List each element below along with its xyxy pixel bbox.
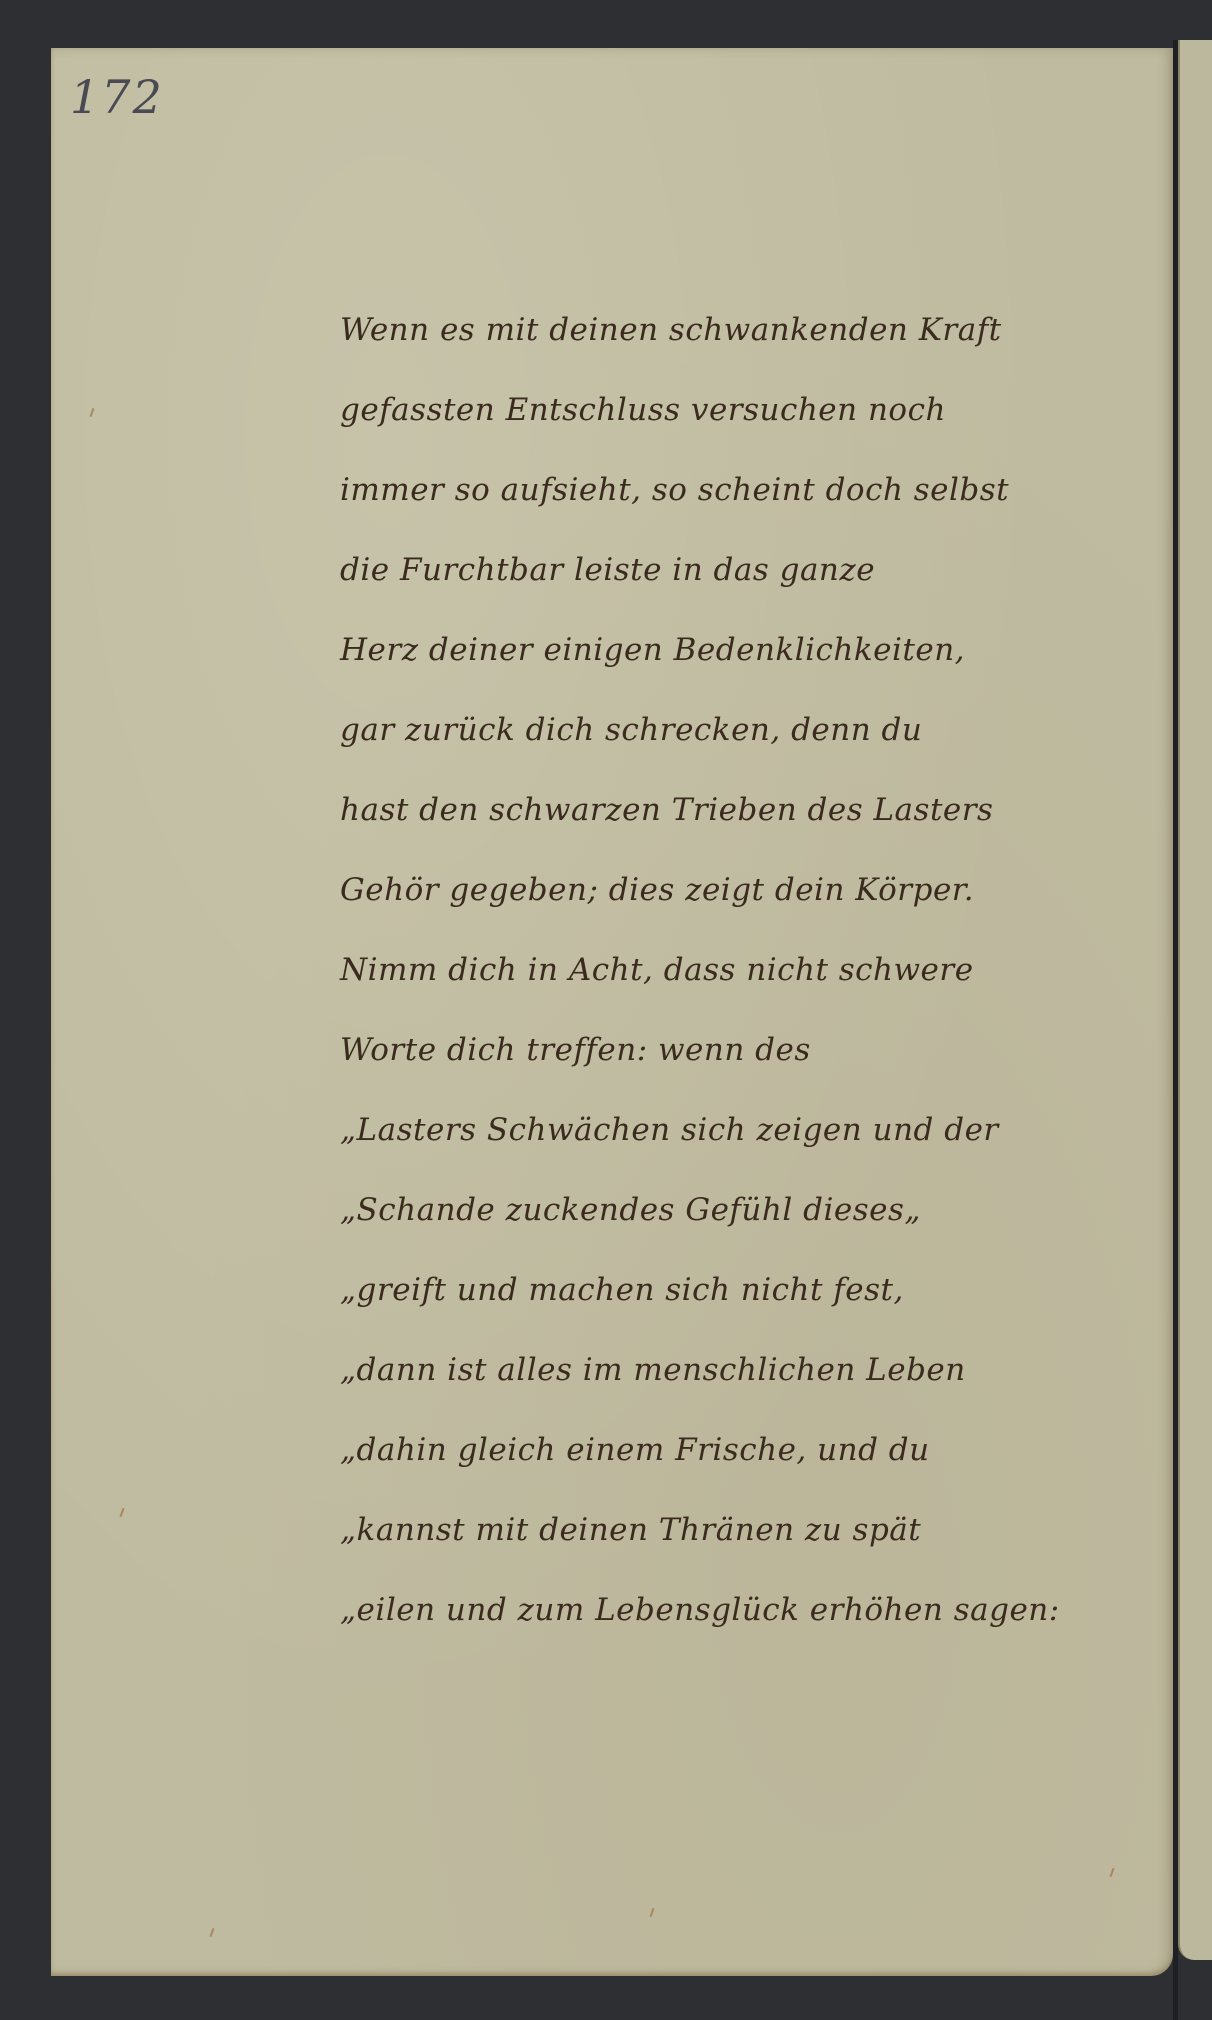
text-line: immer so aufsieht, so scheint doch selbs… xyxy=(340,450,1120,530)
folio-number: 172 xyxy=(70,70,164,124)
text-line: Herz deiner einigen Bedenklichkeiten, xyxy=(340,610,1120,690)
text-line: „dahin gleich einem Frische, und du xyxy=(340,1410,1120,1490)
text-line: die Furchtbar leiste in das ganze xyxy=(340,530,1120,610)
text-line: „kannst mit deinen Thränen zu spät xyxy=(340,1490,1120,1570)
text-line: „Lasters Schwächen sich zeigen und der xyxy=(340,1090,1120,1170)
text-line: gar zurück dich schrecken, denn du xyxy=(340,690,1120,770)
text-line: gefassten Entschluss versuchen noch xyxy=(340,370,1120,450)
text-line: hast den schwarzen Trieben des Lasters xyxy=(340,770,1120,850)
adjacent-page-edge xyxy=(1178,40,1212,1960)
paper-speck xyxy=(650,1908,655,1917)
text-line: Wenn es mit deinen schwankenden Kraft xyxy=(340,290,1120,370)
text-line: „greift und machen sich nicht fest, xyxy=(340,1250,1120,1330)
paper-speck xyxy=(1110,1868,1115,1877)
paper-speck xyxy=(90,408,95,417)
handwritten-text-block: Wenn es mit deinen schwankenden Kraft ge… xyxy=(340,290,1120,1650)
text-line: Gehör gegeben; dies zeigt dein Körper. xyxy=(340,850,1120,930)
paper-speck xyxy=(120,1508,125,1517)
text-line: „Schande zuckendes Gefühl dieses„ xyxy=(340,1170,1120,1250)
text-line: „dann ist alles im menschlichen Leben xyxy=(340,1330,1120,1410)
text-line: „eilen und zum Lebensglück erhöhen sagen… xyxy=(340,1570,1120,1650)
text-line: Worte dich treffen: wenn des xyxy=(340,1010,1120,1090)
paper-speck xyxy=(210,1928,215,1937)
text-line: Nimm dich in Acht, dass nicht schwere xyxy=(340,930,1120,1010)
